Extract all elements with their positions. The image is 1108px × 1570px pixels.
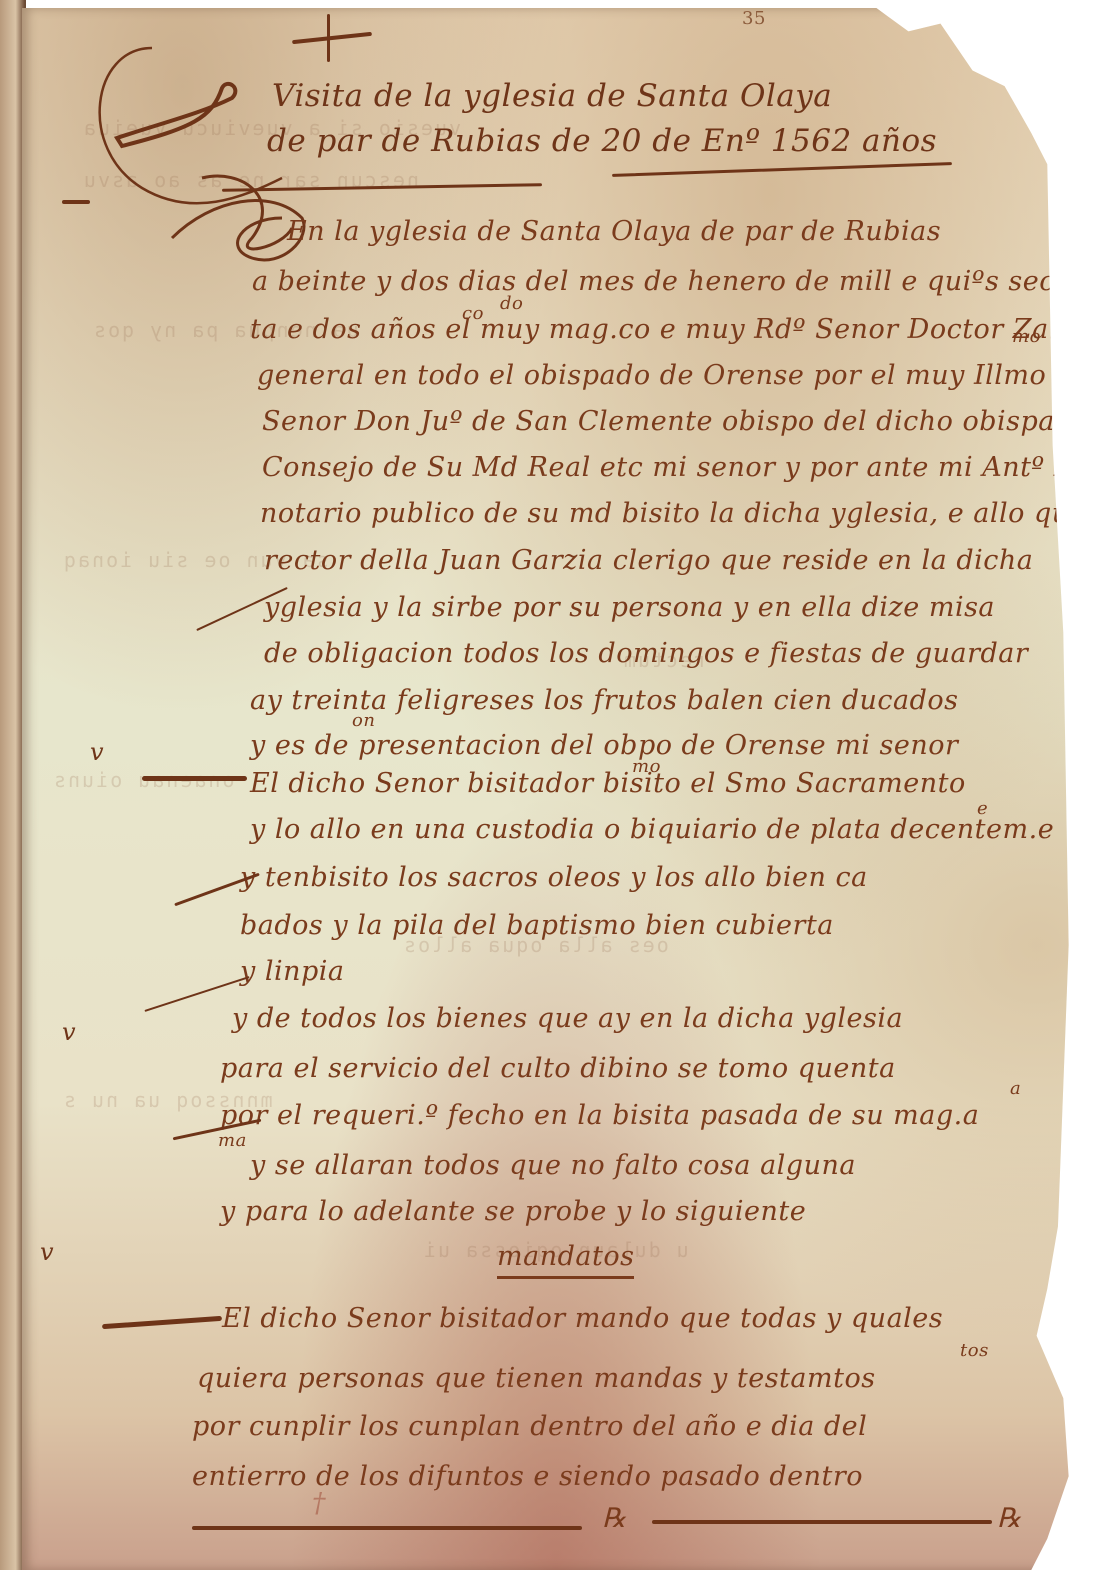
margin-check-mark: v — [40, 1238, 54, 1266]
paragraph-2-line: y lo allo en una custodia o biquiario de… — [250, 814, 1054, 845]
bottom-rule — [192, 1526, 582, 1530]
paragraph-2-line: El dicho Senor bisitador bisito el Smo S… — [250, 768, 966, 799]
cross-stroke — [292, 32, 372, 44]
bottom-rubric: † — [312, 1488, 326, 1519]
body-line: Consejo de Su Md Real etc mi senor y por… — [262, 452, 1108, 483]
paragraph-3-line: y se allaran todos que no falto cosa alg… — [250, 1150, 856, 1181]
body-line: Senor Don Juº de San Clemente obispo del… — [262, 406, 1108, 437]
body-line: ta e dos años el muy mag.co e muy Rdº Se… — [250, 314, 1108, 345]
interlinear-note: tos — [960, 1340, 989, 1361]
manuscript-photo: vuesio si a vueviucu vueiua nescun sar n… — [0, 0, 1108, 1570]
bottom-rule — [652, 1520, 992, 1524]
body-line: a beinte y dos dias del mes de henero de… — [252, 266, 1089, 297]
paragraph-2-line: y tenbisito los sacros oleos y los allo … — [240, 862, 868, 893]
paragraph-4-line: quiera personas que tienen mandas y test… — [197, 1363, 876, 1394]
paragraph-2-line: bados y la pila del baptismo bien cubier… — [240, 910, 834, 941]
interlinear-note: do — [500, 293, 523, 314]
paragraph-4-line: por cunplir los cunplan dentro del año e… — [192, 1411, 867, 1442]
body-line: de obligacion todos los domingos e fiest… — [264, 638, 1028, 669]
heading-line-1: Visita de la yglesia de Santa Olaya — [272, 78, 832, 114]
interlinear-note: a — [1010, 1078, 1021, 1099]
cross-stroke — [327, 14, 330, 62]
paragraph-2-line: y linpia — [240, 956, 345, 987]
paragraph-mark — [102, 1316, 222, 1329]
heading-line-2: de par de Rubias de 20 de Enº 1562 años — [267, 123, 937, 159]
body-line: rector della Juan Garzia clerigo que res… — [264, 545, 1033, 576]
paragraph-3-line: para el servicio del culto dibino se tom… — [220, 1053, 896, 1084]
bottom-rubric: ℞ — [997, 1503, 1022, 1534]
body-line: En la yglesia de Santa Olaya de par de R… — [287, 216, 941, 247]
interlinear-note: mo — [1012, 326, 1041, 347]
paragraph-4-line: entierro de los difuntos e siendo pasado… — [192, 1461, 863, 1492]
section-heading-mandatos: mandatos — [497, 1241, 634, 1279]
interlinear-note: on — [352, 710, 375, 731]
interlinear-note: ma — [218, 1130, 247, 1151]
paragraph-3-line: y para lo adelante se probe y lo siguien… — [220, 1196, 806, 1227]
paragraph-4-line: El dicho Senor bisitador mando que todas… — [222, 1303, 943, 1334]
heading-underline — [612, 162, 952, 177]
margin-check-mark: v — [62, 1018, 76, 1046]
margin-check-mark: v — [90, 738, 104, 766]
margin-dash — [62, 200, 90, 204]
paragraph-3-line: por el requeri.º fecho en la bisita pasa… — [220, 1100, 979, 1131]
body-line: notario publico de su md bisito la dicha… — [260, 498, 1108, 529]
folio-number: 35 — [742, 8, 766, 29]
body-line: general en todo el obispado de Orense po… — [257, 360, 1108, 391]
paragraph-3-line: y de todos los bienes que ay en la dicha… — [232, 1003, 903, 1034]
bottom-rubric: ℞ — [602, 1503, 627, 1534]
body-line: y es de presentacion del obpo de Orense … — [250, 730, 958, 761]
manuscript-page: vuesio si a vueviucu vueiua nescun sar n… — [22, 8, 1090, 1570]
paragraph-mark — [142, 776, 247, 781]
body-line: yglesia y la sirbe por su persona y en e… — [264, 592, 995, 623]
